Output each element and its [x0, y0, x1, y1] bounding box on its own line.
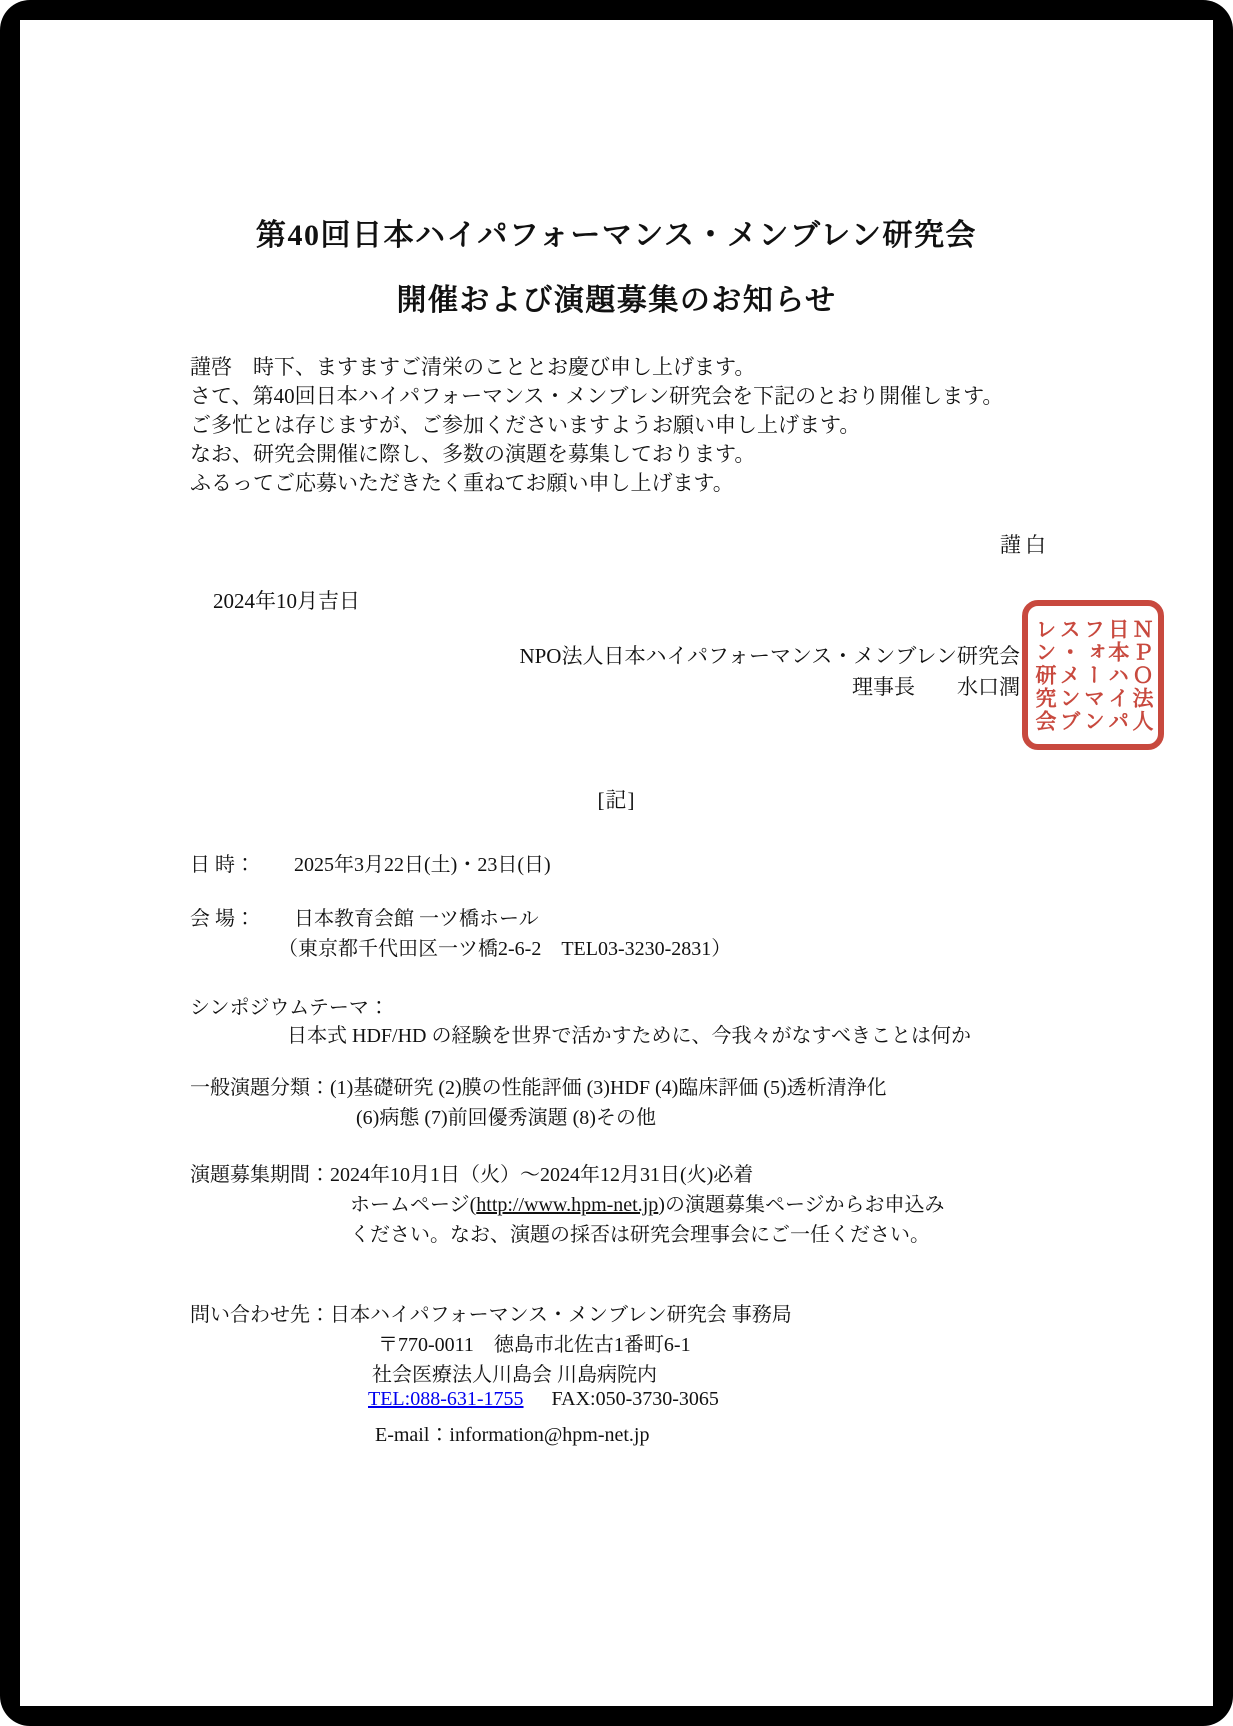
submission-period-label: 演題募集期間：: [190, 1164, 330, 1186]
session-date-value: 2025年3月22日(土)・23日(日): [294, 854, 551, 876]
seal-text-column: ＮＰＯ法人: [1131, 618, 1152, 733]
document-page: 第40回日本ハイパフォーマンス・メンブレン研究会 開催および演題募集のお知らせ …: [20, 20, 1213, 1706]
category-line1: (1)基礎研究 (2)膜の性能評価 (3)HDF (4)臨床評価 (5)透析清浄…: [330, 1077, 887, 1099]
seal-text-column: フォーマン: [1083, 618, 1104, 733]
greeting-line: 謹啓 時下、ますますご清栄のこととお慶び申し上げます。: [190, 353, 1003, 382]
contact-org: 日本ハイパフォーマンス・メンブレン研究会 事務局: [330, 1304, 792, 1326]
seal-text-column: ス・メンブ: [1058, 618, 1079, 733]
org-signature: NPO法人日本ハイパフォーマンス・メンブレン研究会 理事長 水口潤: [519, 641, 1020, 703]
venue-row: 会 場：日本教育会館 一ツ橋ホール: [190, 902, 539, 931]
tel-link[interactable]: TEL:088-631-1755: [368, 1388, 524, 1410]
contact-email: E-mail：information@hpm-net.jp: [375, 1418, 649, 1447]
document-title: 第40回日本ハイパフォーマンス・メンブレン研究会: [20, 210, 1213, 254]
contact-row: 問い合わせ先：日本ハイパフォーマンス・メンブレン研究会 事務局: [190, 1298, 792, 1327]
org-name: NPO法人日本ハイパフォーマンス・メンブレン研究会: [519, 641, 1020, 672]
greeting-line: なお、研究会開催に際し、多数の演題を募集しております。: [190, 440, 1003, 469]
submission-note-line: ください。なお、演題の採否は研究会理事会にご一任ください。: [350, 1218, 930, 1247]
seal-text-column: レン研究会: [1034, 618, 1055, 733]
session-date-label: 日 時：: [190, 848, 294, 877]
contact-org2: 社会医療法人川島会 川島病院内: [372, 1358, 657, 1387]
homepage-text-post: )の演題募集ページからお申込み: [658, 1194, 944, 1216]
greeting-line: ご多忙とは存じますが、ご参加くださいますようお願い申し上げます。: [190, 411, 1003, 440]
category-row: 一般演題分類：(1)基礎研究 (2)膜の性能評価 (3)HDF (4)臨床評価 …: [190, 1071, 887, 1100]
category-line2: (6)病態 (7)前回優秀演題 (8)その他: [356, 1101, 656, 1130]
greeting-paragraph: 謹啓 時下、ますますご清栄のこととお慶び申し上げます。 さて、第40回日本ハイパ…: [190, 353, 1003, 498]
venue-value: 日本教育会館 一ツ橋ホール: [294, 908, 539, 930]
venue-label: 会 場：: [190, 902, 294, 931]
symposium-theme-text: 日本式 HDF/HD の経験を世界で活かすために、今我々がなすべきことは何か: [287, 1019, 971, 1048]
homepage-link[interactable]: http://www.hpm-net.jp: [476, 1194, 658, 1216]
session-date-row: 日 時：2025年3月22日(土)・23日(日): [190, 848, 551, 877]
contact-label: 問い合わせ先：: [190, 1304, 330, 1326]
submission-period-row: 演題募集期間：2024年10月1日（火）～2024年12月31日(火)必着: [190, 1158, 753, 1187]
document-subtitle: 開催および演題募集のお知らせ: [20, 275, 1213, 319]
page-frame: 第40回日本ハイパフォーマンス・メンブレン研究会 開催および演題募集のお知らせ …: [0, 0, 1233, 1726]
category-label: 一般演題分類：: [190, 1077, 330, 1099]
record-marker: [記]: [20, 784, 1213, 814]
greeting-line: さて、第40回日本ハイパフォーマンス・メンブレン研究会を下記のとおり開催します。: [190, 382, 1003, 411]
seal-text-column: 日本ハイパ: [1107, 618, 1128, 733]
venue-address: （東京都千代田区一ツ橋2-6-2 TEL03-3230-2831）: [278, 932, 731, 961]
document-date: 2024年10月吉日: [213, 585, 360, 615]
submission-period-value: 2024年10月1日（火）～2024年12月31日(火)必着: [330, 1164, 753, 1186]
submission-homepage-line: ホームページ(http://www.hpm-net.jp)の演題募集ページからお…: [350, 1188, 945, 1217]
greeting-line: ふるってご応募いただきたく重ねてお願い申し上げます。: [190, 469, 1003, 498]
contact-tel-fax: TEL:088-631-1755 FAX:050-3730-3065: [368, 1388, 719, 1411]
chairman-line: 理事長 水口潤: [519, 672, 1020, 703]
homepage-text-pre: ホームページ(: [350, 1194, 476, 1216]
contact-postal: 〒770-0011 徳島市北佐古1番町6-1: [378, 1328, 691, 1357]
closing-word: 謹白: [1000, 529, 1050, 559]
symposium-theme-label: シンポジウムテーマ：: [190, 991, 389, 1020]
fax-number: FAX:050-3730-3065: [552, 1388, 719, 1410]
official-seal-stamp: ＮＰＯ法人 日本ハイパ フォーマン ス・メンブ レン研究会: [1022, 600, 1164, 750]
